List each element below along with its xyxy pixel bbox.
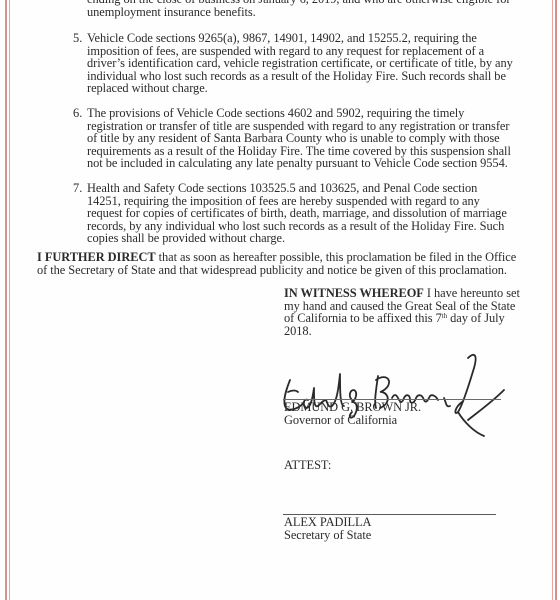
further-direct-lead: I FURTHER DIRECT (37, 250, 156, 264)
text-line: Vehicle Code sections 9265(a), 9867, 149… (87, 32, 477, 45)
list-item-number: 7. (73, 182, 82, 195)
governor-name: EDMUND G. BROWN JR. (284, 401, 421, 414)
page-border-left-inner (9, 0, 10, 600)
witness-lead: IN WITNESS WHEREOF (284, 286, 424, 300)
text-line: IN WITNESS WHEREOF I have hereunto set (284, 287, 520, 300)
text-line: unemployment insurance benefits. (87, 6, 256, 19)
list-item-number: 6. (73, 107, 82, 120)
text-line: The provisions of Vehicle Code sections … (87, 107, 464, 120)
text-line: request for copies of certificates of bi… (87, 207, 507, 220)
text-line: Health and Safety Code sections 103525.5… (87, 182, 477, 195)
text-line: copies shall be provided without charge. (87, 232, 285, 245)
list-item-number: 5. (73, 32, 82, 45)
secretary-name: ALEX PADILLA (284, 516, 371, 529)
attest-label: ATTEST: (284, 459, 331, 472)
text-line: not be included in calculating any late … (87, 157, 508, 170)
text-line: of the Secretary of State and that wides… (37, 264, 507, 277)
text-line: driver’s identification card, vehicle re… (87, 57, 513, 70)
secretary-title: Secretary of State (284, 529, 371, 542)
text-line: of California to be affixed this 7th day… (284, 312, 505, 325)
page-border-right-inner (552, 0, 553, 600)
page-border-right-outer (555, 0, 557, 600)
governor-title: Governor of California (284, 414, 397, 427)
text-line: of title by any resident of Santa Barbar… (87, 132, 500, 145)
text-line: replaced without charge. (87, 82, 208, 95)
text-line: 2018. (284, 325, 312, 338)
page-border-left-outer (5, 0, 7, 600)
text-line: I FURTHER DIRECT that as soon as hereaft… (37, 251, 516, 264)
